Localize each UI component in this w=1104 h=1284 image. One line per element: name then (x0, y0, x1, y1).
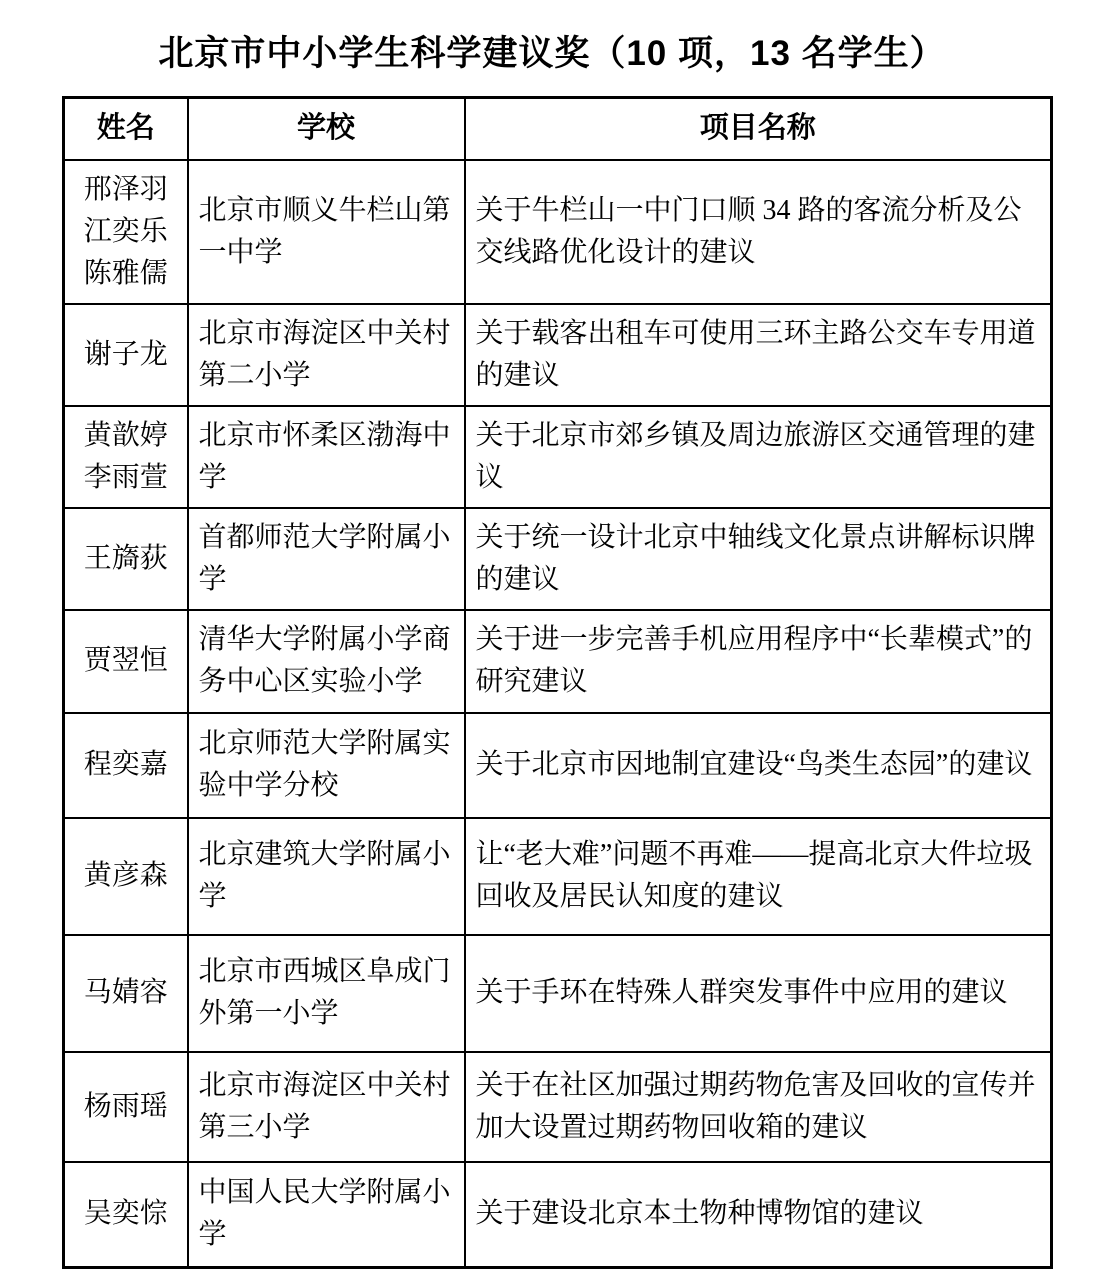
school-cell: 北京师范大学附属实验中学分校 (188, 713, 465, 818)
project-cell: 关于在社区加强过期药物危害及回收的宣传并加大设置过期药物回收箱的建议 (465, 1052, 1052, 1162)
student-name: 王旖荻 (69, 538, 183, 580)
project-cell: 关于载客出租车可使用三环主路公交车专用道的建议 (465, 304, 1052, 406)
table-body: 邢泽羽 江奕乐 陈雅儒 北京市顺义牛栏山第一中学 关于牛栏山一中门口顺 34 路… (64, 160, 1052, 1268)
document-page: 北京市中小学生科学建议奖（10 项，13 名学生） 姓名 学校 项目名称 邢泽羽… (0, 0, 1104, 1284)
student-name: 陈雅儒 (69, 253, 183, 295)
project-cell: 关于建设北京本土物种博物馆的建议 (465, 1162, 1052, 1268)
project-cell: 关于统一设计北京中轴线文化景点讲解标识牌的建议 (465, 508, 1052, 610)
school-cell: 北京建筑大学附属小学 (188, 818, 465, 935)
column-header-name: 姓名 (64, 98, 188, 160)
student-name: 贾翌恒 (69, 640, 183, 682)
table-row: 谢子龙 北京市海淀区中关村第二小学 关于载客出租车可使用三环主路公交车专用道的建… (64, 304, 1052, 406)
student-name: 程奕嘉 (69, 744, 183, 786)
student-name: 马婧容 (69, 972, 183, 1014)
student-name: 吴奕悰 (69, 1193, 183, 1235)
table-row: 杨雨瑶 北京市海淀区中关村第三小学 关于在社区加强过期药物危害及回收的宣传并加大… (64, 1052, 1052, 1162)
name-cell: 谢子龙 (64, 304, 188, 406)
column-header-school: 学校 (188, 98, 465, 160)
student-name: 江奕乐 (69, 211, 183, 253)
project-cell: 关于手环在特殊人群突发事件中应用的建议 (465, 935, 1052, 1052)
student-name: 黄彦森 (69, 855, 183, 897)
student-name: 杨雨瑶 (69, 1086, 183, 1128)
name-cell: 杨雨瑶 (64, 1052, 188, 1162)
table-row: 黄歆婷 李雨萱 北京市怀柔区渤海中学 关于北京市郊乡镇及周边旅游区交通管理的建议 (64, 406, 1052, 508)
student-name: 黄歆婷 (69, 415, 183, 457)
student-name: 邢泽羽 (69, 169, 183, 211)
award-table: 姓名 学校 项目名称 邢泽羽 江奕乐 陈雅儒 北京市顺义牛栏山第一中学 关于牛栏… (62, 96, 1053, 1269)
school-cell: 北京市怀柔区渤海中学 (188, 406, 465, 508)
school-cell: 北京市海淀区中关村第二小学 (188, 304, 465, 406)
table-row: 马婧容 北京市西城区阜成门外第一小学 关于手环在特殊人群突发事件中应用的建议 (64, 935, 1052, 1052)
project-cell: 关于北京市因地制宜建设“鸟类生态园”的建议 (465, 713, 1052, 818)
project-cell: 关于牛栏山一中门口顺 34 路的客流分析及公交线路优化设计的建议 (465, 160, 1052, 304)
table-row: 贾翌恒 清华大学附属小学商务中心区实验小学 关于进一步完善手机应用程序中“长辈模… (64, 610, 1052, 713)
school-cell: 北京市西城区阜成门外第一小学 (188, 935, 465, 1052)
name-cell: 黄歆婷 李雨萱 (64, 406, 188, 508)
project-cell: 关于北京市郊乡镇及周边旅游区交通管理的建议 (465, 406, 1052, 508)
table-row: 程奕嘉 北京师范大学附属实验中学分校 关于北京市因地制宜建设“鸟类生态园”的建议 (64, 713, 1052, 818)
name-cell: 邢泽羽 江奕乐 陈雅儒 (64, 160, 188, 304)
table-row: 邢泽羽 江奕乐 陈雅儒 北京市顺义牛栏山第一中学 关于牛栏山一中门口顺 34 路… (64, 160, 1052, 304)
name-cell: 程奕嘉 (64, 713, 188, 818)
name-cell: 黄彦森 (64, 818, 188, 935)
name-cell: 贾翌恒 (64, 610, 188, 713)
student-name: 李雨萱 (69, 457, 183, 499)
table-row: 吴奕悰 中国人民大学附属小学 关于建设北京本土物种博物馆的建议 (64, 1162, 1052, 1268)
table-row: 黄彦森 北京建筑大学附属小学 让“老大难”问题不再难——提高北京大件垃圾回收及居… (64, 818, 1052, 935)
project-cell: 关于进一步完善手机应用程序中“长辈模式”的研究建议 (465, 610, 1052, 713)
school-cell: 北京市海淀区中关村第三小学 (188, 1052, 465, 1162)
page-title: 北京市中小学生科学建议奖（10 项，13 名学生） (0, 26, 1104, 76)
school-cell: 北京市顺义牛栏山第一中学 (188, 160, 465, 304)
name-cell: 吴奕悰 (64, 1162, 188, 1268)
table-row: 王旖荻 首都师范大学附属小学 关于统一设计北京中轴线文化景点讲解标识牌的建议 (64, 508, 1052, 610)
school-cell: 清华大学附属小学商务中心区实验小学 (188, 610, 465, 713)
school-cell: 首都师范大学附属小学 (188, 508, 465, 610)
table-header: 姓名 学校 项目名称 (64, 98, 1052, 160)
school-cell: 中国人民大学附属小学 (188, 1162, 465, 1268)
name-cell: 王旖荻 (64, 508, 188, 610)
name-cell: 马婧容 (64, 935, 188, 1052)
header-row: 姓名 学校 项目名称 (64, 98, 1052, 160)
student-name: 谢子龙 (69, 334, 183, 376)
column-header-project: 项目名称 (465, 98, 1052, 160)
project-cell: 让“老大难”问题不再难——提高北京大件垃圾回收及居民认知度的建议 (465, 818, 1052, 935)
